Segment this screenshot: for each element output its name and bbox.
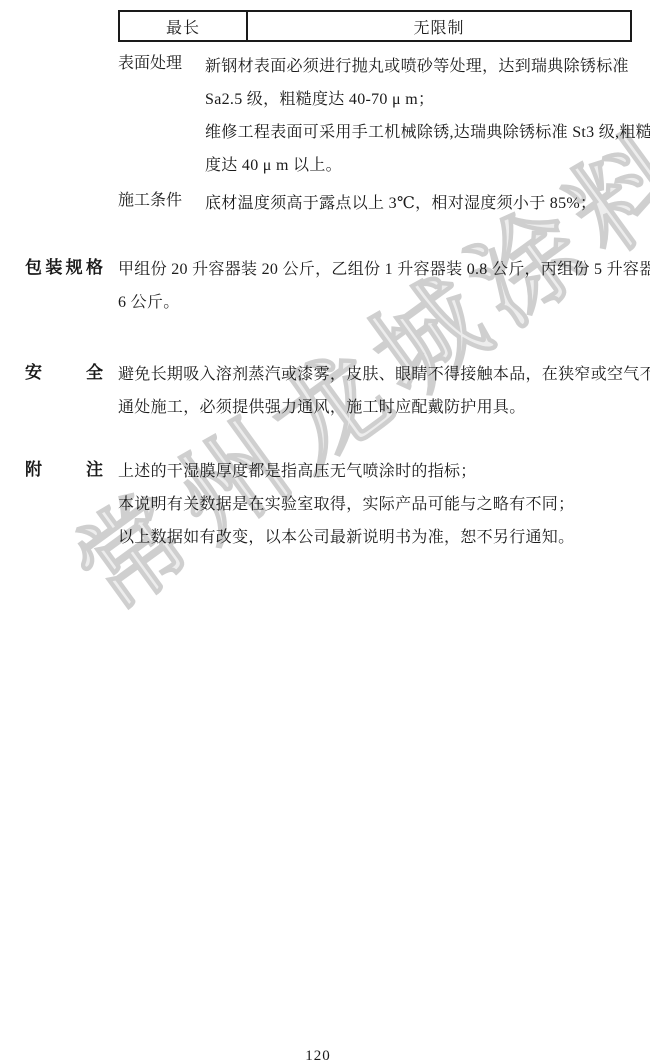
- section-body: 甲组份 20 升容器装 20 公斤，乙组份 1 升容器装 0.8 公斤，丙组份 …: [118, 253, 648, 319]
- section-body: 避免长期吸入溶剂蒸汽或漆雾，皮肤、眼睛不得接触本品，在狭窄或空气不流 通处施工，…: [118, 358, 648, 424]
- section-body: 新钢材表面必须进行抛丸或喷砂等处理，达到瑞典除锈标准 Sa2.5 级，粗糙度达 …: [205, 50, 650, 182]
- section-safety: 安全 避免长期吸入溶剂蒸汽或漆雾，皮肤、眼睛不得接触本品，在狭窄或空气不流 通处…: [0, 358, 650, 424]
- section-label: 表面处理: [118, 50, 188, 73]
- text-line: 底材温度须高于露点以上 3℃，相对湿度须小于 85%；: [205, 187, 650, 220]
- text-line: 6 公斤。: [118, 286, 648, 319]
- document-page: 常州龙城涂料 最长 无限制 表面处理 新钢材表面必须进行抛丸或喷砂等处理，达到瑞…: [0, 0, 650, 1060]
- text-line: 本说明有关数据是在实验室取得，实际产品可能与之略有不同；: [118, 488, 648, 521]
- spec-table-duration-label: 最长: [120, 12, 248, 40]
- text-line: 避免长期吸入溶剂蒸汽或漆雾，皮肤、眼睛不得接触本品，在狭窄或空气不流: [118, 358, 648, 391]
- section-label: 施工条件: [118, 187, 188, 210]
- page-number: 120: [0, 1048, 636, 1060]
- text-line: 上述的干湿膜厚度都是指高压无气喷涂时的指标；: [118, 455, 648, 488]
- section-packing-spec: 包装规格 甲组份 20 升容器装 20 公斤，乙组份 1 升容器装 0.8 公斤…: [0, 253, 650, 319]
- text-line: 以上数据如有改变，以本公司最新说明书为准，恕不另行通知。: [118, 521, 648, 554]
- text-line: 通处施工，必须提供强力通风，施工时应配戴防护用具。: [118, 391, 648, 424]
- section-label: 包装规格: [25, 253, 103, 278]
- text-line: 新钢材表面必须进行抛丸或喷砂等处理，达到瑞典除锈标准: [205, 50, 650, 83]
- spec-table-duration-value: 无限制: [248, 12, 630, 40]
- section-notes: 附注 上述的干湿膜厚度都是指高压无气喷涂时的指标； 本说明有关数据是在实验室取得…: [0, 455, 650, 554]
- spec-table: 最长 无限制: [118, 10, 632, 42]
- section-label: 安全: [25, 358, 103, 383]
- section-label: 附注: [25, 455, 103, 480]
- text-line: 甲组份 20 升容器装 20 公斤，乙组份 1 升容器装 0.8 公斤，丙组份 …: [118, 253, 648, 286]
- text-line: Sa2.5 级，粗糙度达 40-70 μ m；: [205, 83, 650, 116]
- text-line: 度达 40 μ m 以上。: [205, 149, 650, 182]
- section-body: 底材温度须高于露点以上 3℃，相对湿度须小于 85%；: [205, 187, 650, 220]
- text-line: 维修工程表面可采用手工机械除锈,达瑞典除锈标准 St3 级,粗糙: [205, 116, 650, 149]
- section-body: 上述的干湿膜厚度都是指高压无气喷涂时的指标； 本说明有关数据是在实验室取得，实际…: [118, 455, 648, 554]
- section-surface-treatment: 表面处理 新钢材表面必须进行抛丸或喷砂等处理，达到瑞典除锈标准 Sa2.5 级，…: [0, 50, 650, 182]
- section-application-conditions: 施工条件 底材温度须高于露点以上 3℃，相对湿度须小于 85%；: [0, 187, 650, 220]
